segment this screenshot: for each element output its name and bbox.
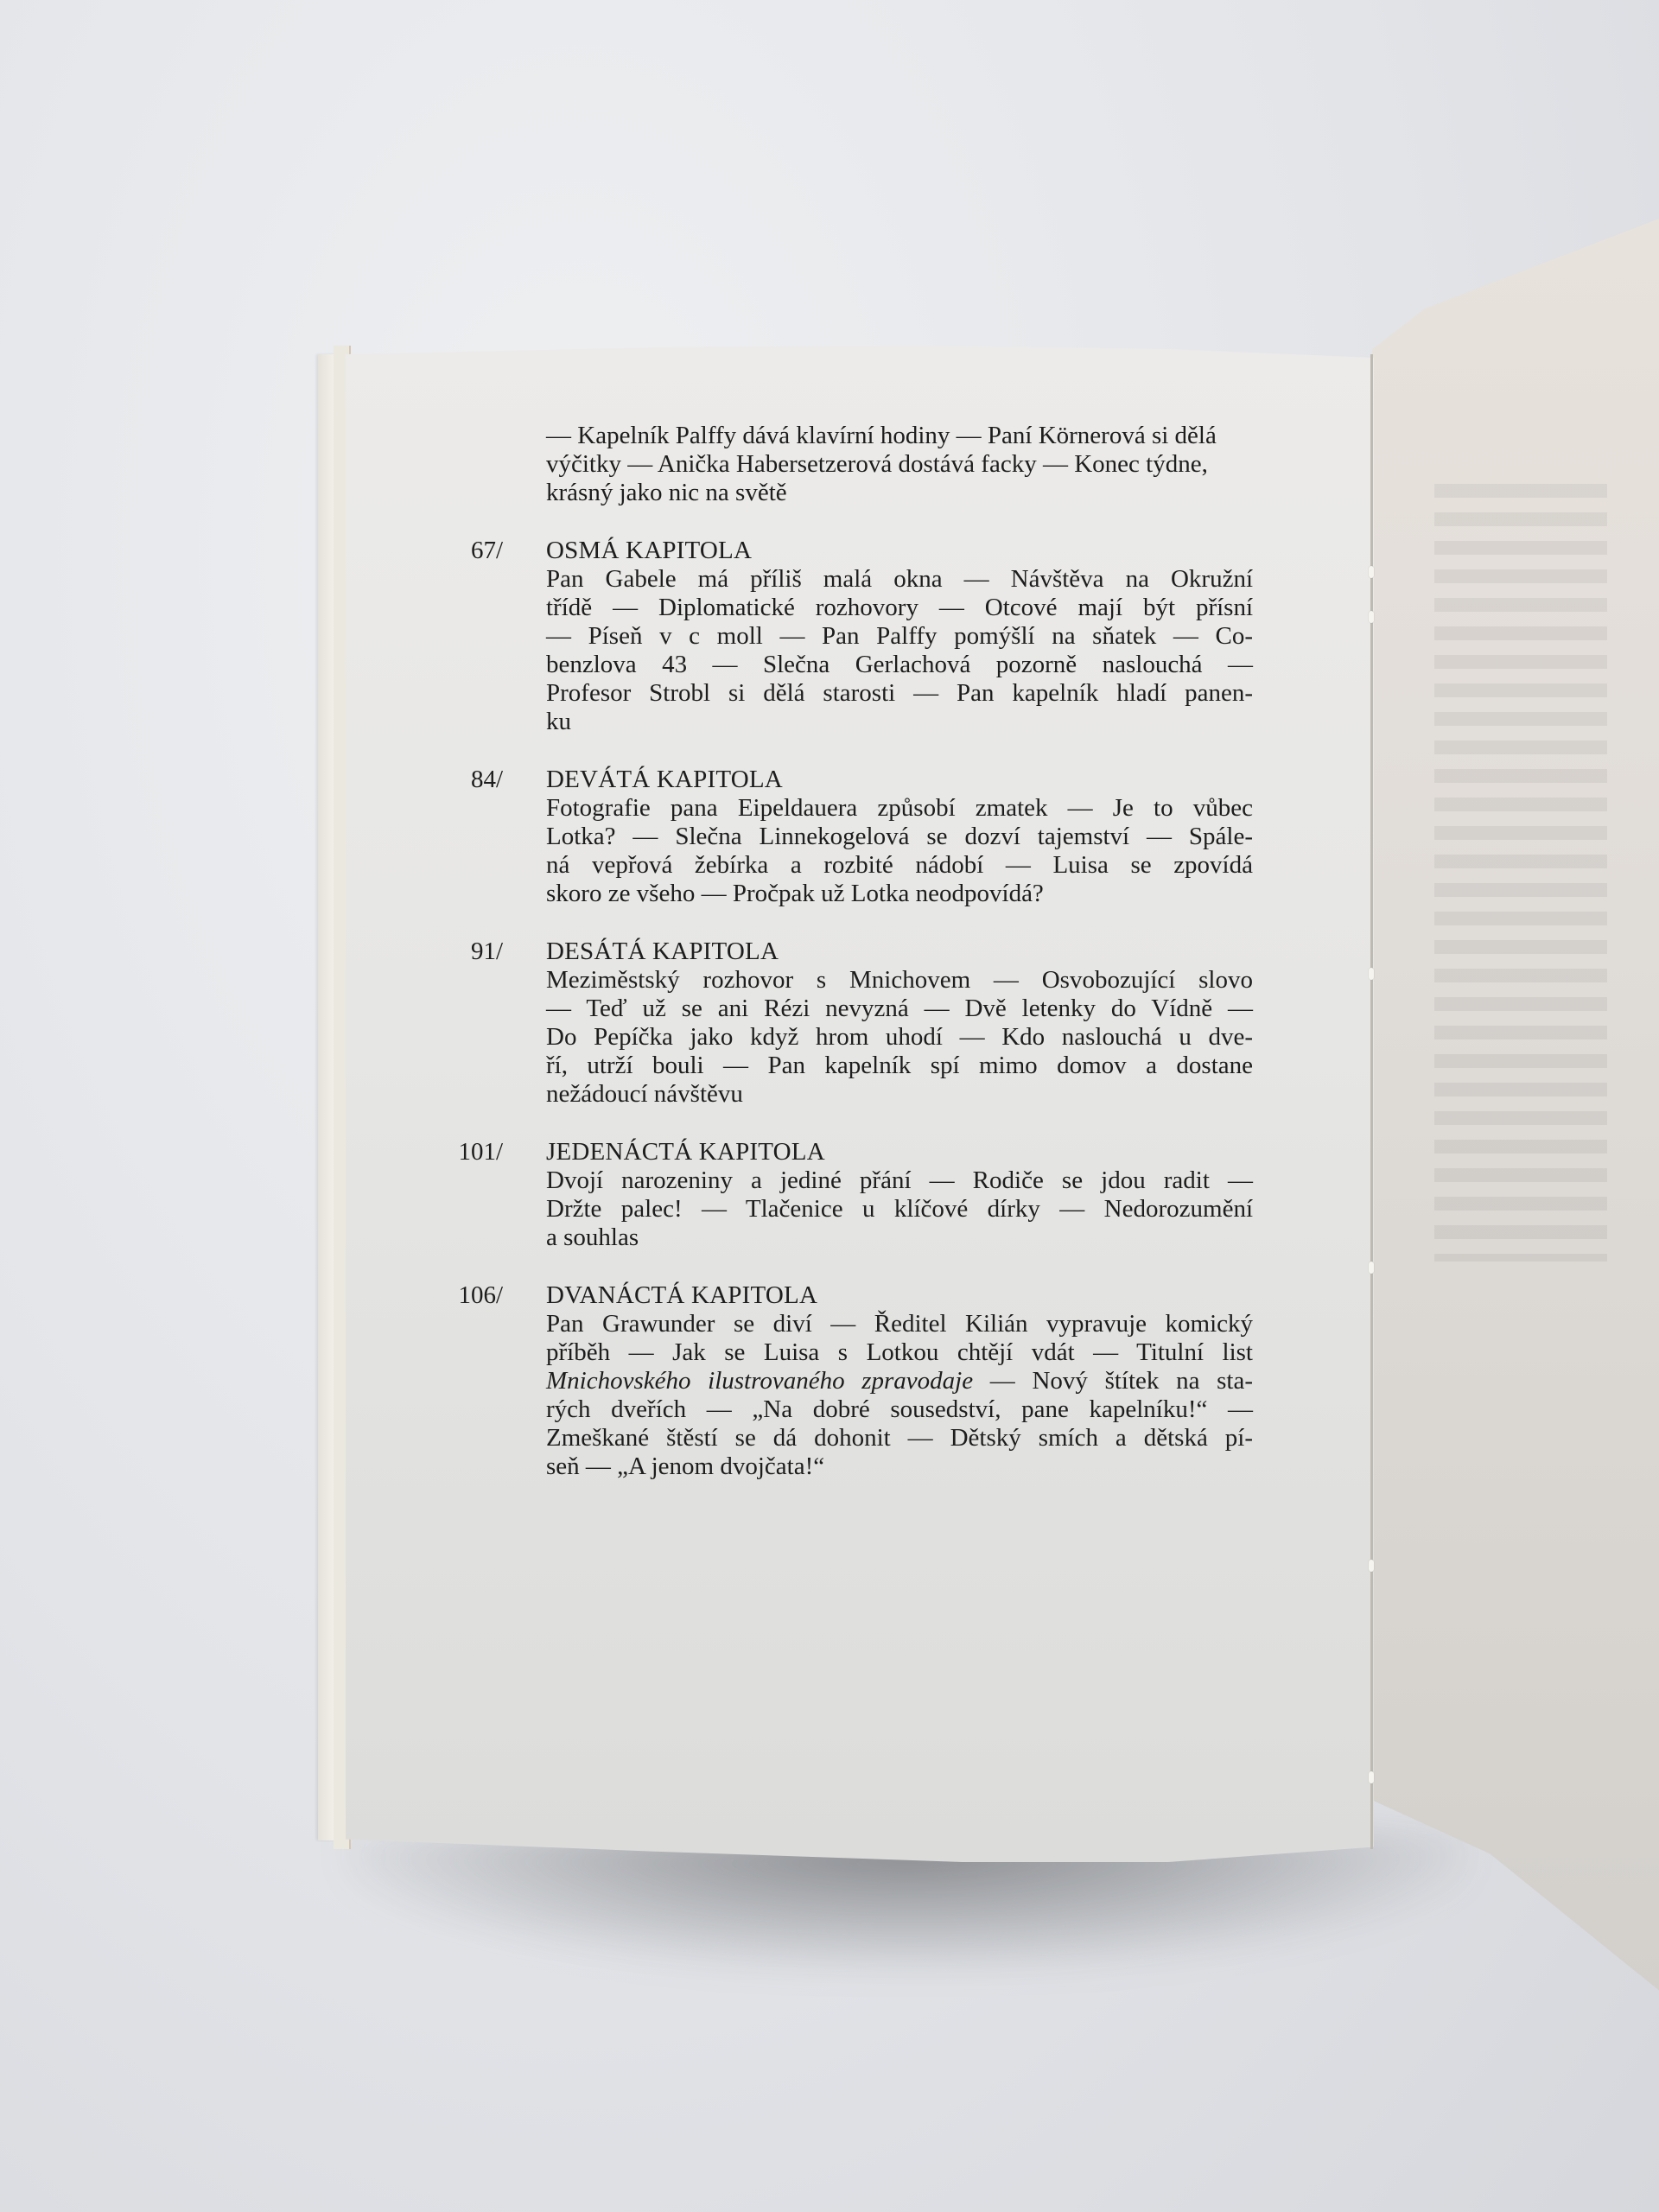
text-line: Do Pepíčka jako když hrom uhodí — Kdo na… [546, 1023, 1253, 1052]
text-line: Dvojí narozeniny a jediné přání — Rodiče… [546, 1166, 1253, 1195]
text-line: nežádoucí návštěvu [546, 1080, 1253, 1109]
text-line: Zmeškané štěstí se dá dohonit — Dětský s… [546, 1424, 1253, 1452]
chapter-title: DEVÁTÁ KAPITOLA [546, 766, 1253, 794]
chapter-title: DESÁTÁ KAPITOLA [546, 938, 1253, 966]
text-line-rest: — Nový štítek na sta- [973, 1367, 1253, 1395]
chapter-title: DVANÁCTÁ KAPITOLA [546, 1281, 1253, 1310]
binding-stitch [1369, 1560, 1374, 1572]
text-line: ří, utrží bouli — Pan kapelník spí mimo … [546, 1052, 1253, 1080]
text-line: — Teď už se ani Rézi nevyzná — Dvě leten… [546, 995, 1253, 1023]
toc-entry-chapter-9: 84/ DEVÁTÁ KAPITOLA Fotografie pana Eipe… [449, 766, 1253, 908]
text-line: ku [546, 708, 1253, 736]
page-number: 106/ [449, 1281, 503, 1310]
page-number: 91/ [449, 938, 503, 966]
text-line: benzlova 43 — Slečna Gerlachová pozorně … [546, 651, 1253, 679]
toc-entry-chapter-12: 106/ DVANÁCTÁ KAPITOLA Pan Grawunder se … [449, 1281, 1253, 1481]
text-line: Profesor Strobl si dělá starosti — Pan k… [546, 679, 1253, 708]
book-spine-gutter [1370, 354, 1373, 1849]
text-line-with-italic: Mnichovského ilustrovaného zpravodaje — … [546, 1367, 1253, 1395]
binding-stitch [1369, 566, 1374, 578]
text-line: a souhlas [546, 1224, 1253, 1252]
chapter-title: JEDENÁCTÁ KAPITOLA [546, 1138, 1253, 1166]
text-line: Meziměstský rozhovor s Mnichovem — Osvob… [546, 966, 1253, 995]
text-line: Pan Grawunder se diví — Ředitel Kilián v… [546, 1310, 1253, 1338]
text-line: třídě — Diplomatické rozhovory — Otcové … [546, 594, 1253, 622]
text-line: ná vepřová žebírka a rozbité nádobí — Lu… [546, 851, 1253, 880]
page-number: 67/ [449, 537, 503, 565]
text-line: příběh — Jak se Luisa s Lotkou chtějí vd… [546, 1338, 1253, 1367]
toc-entry-chapter-8: 67/ OSMÁ KAPITOLA Pan Gabele má příliš m… [449, 537, 1253, 736]
text-line: Lotka? — Slečna Linnekogelová se dozví t… [546, 823, 1253, 851]
previous-chapter-continuation: — Kapelník Palffy dává klavírní hodiny —… [546, 422, 1253, 507]
page-number: 84/ [449, 766, 503, 794]
chapter-title: OSMÁ KAPITOLA [546, 537, 1253, 565]
text-line: Pan Gabele má příliš malá okna — Návštěv… [546, 565, 1253, 594]
text-line: rých dveřích — „Na dobré sousedství, pan… [546, 1395, 1253, 1424]
text-line: Držte palec! — Tlačenice u klíčové dírky… [546, 1195, 1253, 1224]
text-line: Fotografie pana Eipeldauera způsobí zmat… [546, 794, 1253, 823]
page-number: 101/ [449, 1138, 503, 1166]
binding-stitch [1369, 1771, 1374, 1783]
binding-stitch [1369, 611, 1374, 623]
binding-stitch [1369, 1262, 1374, 1274]
text-line: — Kapelník Palffy dává klavírní hodiny —… [546, 422, 1146, 449]
text-line: — Píseň v c moll — Pan Palffy pomýšlí na… [546, 622, 1253, 651]
binding-stitch [1369, 968, 1374, 980]
right-page-bleed-through [1434, 484, 1607, 1262]
text-line: seň — „A jenom dvojčata!“ [546, 1452, 1253, 1481]
table-of-contents: — Kapelník Palffy dává klavírní hodiny —… [449, 422, 1253, 1510]
toc-entry-chapter-11: 101/ JEDENÁCTÁ KAPITOLA Dvojí narozeniny… [449, 1138, 1253, 1252]
text-line: skoro ze všeho — Pročpak už Lotka neodpo… [546, 880, 1253, 908]
toc-entry-chapter-10: 91/ DESÁTÁ KAPITOLA Meziměstský rozhovor… [449, 938, 1253, 1109]
italic-publication-title: Mnichovského ilustrovaného zpravodaje [546, 1367, 973, 1395]
